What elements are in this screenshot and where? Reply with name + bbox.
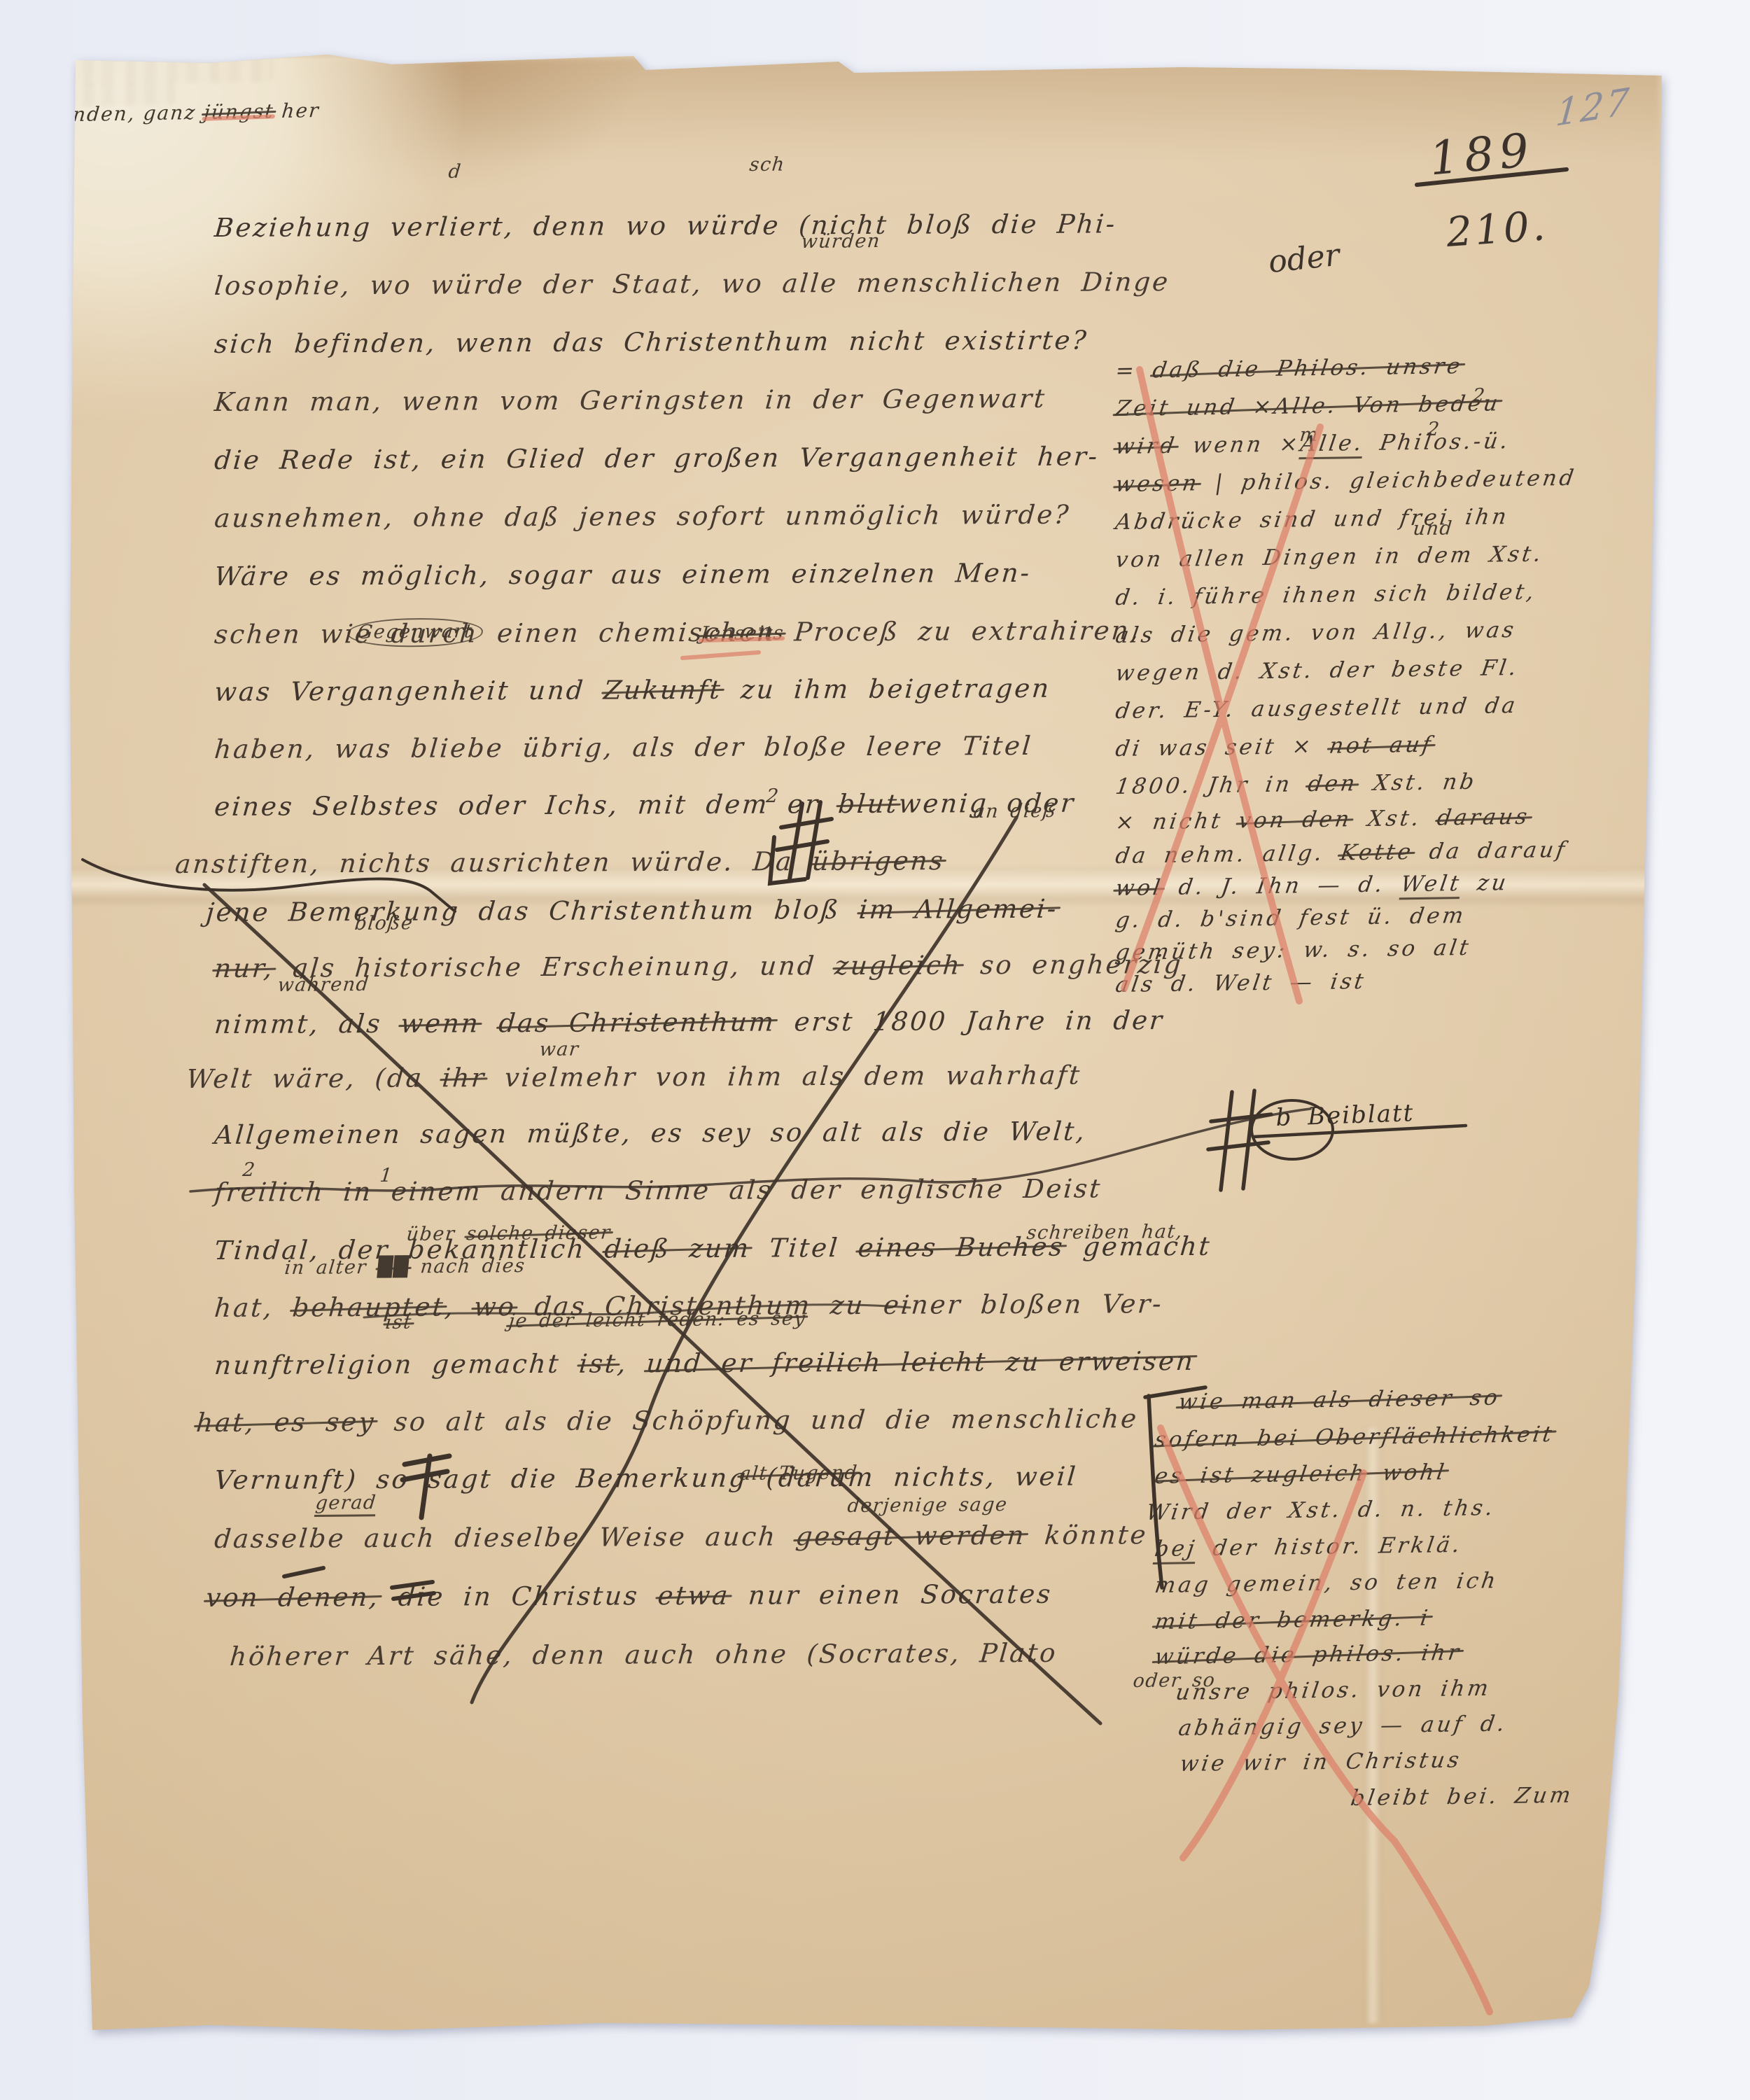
beiblatt-insertion-note: b Beiblatt (1275, 1101, 1415, 1130)
margin-note-line: d. i. führe ihnen sich bildet, (1114, 582, 1539, 609)
verso-ghost-text (0, 25, 316, 59)
margin-note-line: da nehm. allg. Kette da darauf (1114, 839, 1569, 867)
manuscript-line: nunftreligion gemacht ist, und er freili… (213, 1348, 1196, 1380)
paper-sheet: 127 189 210. oder Beziehung verliert, de… (0, 0, 1750, 2100)
interlinear-note: alt Tugend (738, 1464, 858, 1483)
margin-note-line: = daß die Philos. unsre (1114, 356, 1464, 382)
interlinear-note: bloße (353, 913, 414, 933)
interlinear-note: je der leicht reden: es sey (507, 1309, 806, 1331)
margin-note-line: als die gem. von Allg., was (1114, 619, 1518, 647)
margin-note-line: gemüth sey: w. s. so alt (1114, 937, 1473, 964)
interlinear-note: an dieß (972, 801, 1057, 821)
manuscript-line: hat, es sey so alt als die Schöpfung und… (195, 1406, 1140, 1437)
margin-note-line: wol d. J. Ihn — d. Welt zu (1114, 872, 1511, 899)
manuscript-line: die Rede ist, ein Glied der großen Verga… (213, 443, 1100, 474)
margin-note-line: g. d. b'sind fest ü. dem (1114, 905, 1468, 932)
interlinear-note: in alter ██ nach dies (283, 1256, 526, 1277)
manuscript-line: Allgemeinen sagen müßte, es sey so alt a… (213, 1119, 1088, 1149)
marginal-word-oder: oder (1267, 240, 1341, 278)
interlinear-note: würden (800, 232, 881, 251)
margin-note-line: es ist zugleich wohl (1154, 1462, 1448, 1487)
margin-note-line: wegen d. Xst. der beste Fl. (1114, 657, 1520, 685)
interlinear-note: 2 (765, 787, 780, 806)
manuscript-line: was Vergangenheit und Zukunft zu ihm bei… (213, 675, 1052, 706)
paper-sheet-wrap: 127 189 210. oder Beziehung verliert, de… (0, 0, 1750, 2100)
new-page-number: 210. (1445, 205, 1549, 253)
margin-note-line: als d. Welt — ist (1114, 971, 1368, 996)
margin-note-line: würde die philos. ihr (1154, 1642, 1463, 1668)
manuscript-line: Kann man, wenn vom Geringsten in der Geg… (213, 386, 1048, 416)
manuscript-line: losophie, wo würde der Staat, wo alle me… (213, 269, 1171, 300)
red-underline-interlinear (682, 652, 759, 658)
margin-note-line: Wird der Xst. d. n. ths. (1145, 1497, 1497, 1524)
margin-note-line: bej der histor. Erklä. (1154, 1534, 1464, 1560)
manuscript-line: Vernunft) so sagt die Bemerkung (darum n… (213, 1464, 1079, 1494)
manuscript-line: freilich in einem andern Sinne als der e… (213, 1175, 1103, 1206)
old-page-number: 189 (1427, 127, 1536, 183)
scanned-manuscript: 127 189 210. oder Beziehung verliert, de… (0, 0, 1750, 2100)
interlinear-note: sch (748, 155, 786, 174)
manuscript-line: ausnehmen, ohne daß jenes sofort unmögli… (213, 502, 1072, 533)
interlinear-note: 1 (379, 1166, 393, 1185)
margin-note-line: bleibt bei. Zum (1350, 1785, 1575, 1809)
interlinear-note: Gegenwart (346, 622, 483, 642)
margin-note-line: wie man als dieser so (1177, 1387, 1502, 1413)
manuscript-line: nimmt, als wenn das Christenthum erst 18… (213, 1007, 1165, 1039)
interlinear-note: war (538, 1040, 580, 1059)
interlinear-note: gerad (314, 1493, 377, 1513)
manuscript-line: Beziehung verliert, denn wo würde (nicht… (213, 211, 1118, 241)
margin-superscript: 2 (1471, 386, 1486, 405)
margin-note-line: × nicht von den Xst. daraus (1114, 806, 1532, 834)
manuscript-line: eines Selbstes oder Ichs, mit dem er blu… (213, 790, 1077, 821)
verso-ghost-text (0, 0, 301, 31)
margin-note-line: di was seit × not auf (1114, 734, 1435, 760)
interlinear-note: ist (384, 1313, 412, 1332)
interlinear-note: schreiben hat, (1025, 1222, 1184, 1242)
interlinear-note: über solche dieser (405, 1223, 611, 1244)
margin-superscript: und (1412, 519, 1453, 538)
manuscript-line: von denen, die in Christus etwa nur eine… (205, 1581, 1053, 1612)
margin-note-line: Zeit und ×Alle. Von bedeu (1114, 393, 1502, 420)
manuscript-line: haben, was bliebe übrig, als der bloße l… (213, 733, 1034, 764)
margin-note-line: abhängig sey — auf d. (1177, 1713, 1509, 1739)
margin-superscript: 2 (1426, 420, 1441, 439)
manuscript-line: jene Bemerkung das Christenthum bloß im … (205, 896, 1059, 927)
manuscript-line: höherer Art sähe, denn auch ohne (Socrat… (229, 1640, 1058, 1671)
margin-note-line: unsre philos. von ihm (1175, 1678, 1492, 1704)
manuscript-line: dasselbe auch dieselbe Weise auch gesagt… (213, 1522, 1149, 1553)
margin-note-line: der. E-Y. ausgestellt und da (1114, 695, 1520, 722)
manuscript-line: anstiften, nichts ausrichten würde. Da ü… (174, 848, 946, 878)
manuscript-line: Welt wäre, (da ihr vielmehr von ihm als … (185, 1062, 1083, 1093)
verso-ghost-text (0, 54, 273, 87)
margin-note-line: mag gemein, so ten ich (1154, 1570, 1500, 1597)
margin-note-line: wesen | philos. gleichbedeutend (1114, 468, 1578, 496)
margin-note-line: wie wir in Christus (1179, 1749, 1463, 1775)
margin-note-line: 1800. Jhr in den Xst. nb (1114, 771, 1478, 798)
margin-note-line: von allen Dingen in dem Xst. (1114, 543, 1545, 571)
interlinear-note: Jenseits (699, 624, 785, 643)
margin-note-line: sofern bei Oberflächlichkeit (1154, 1424, 1556, 1451)
interlinear-note: derjenige sage (846, 1495, 1008, 1515)
margin-note-line: mit der bemerkg. i (1154, 1608, 1432, 1633)
interlinear-note: während (276, 975, 370, 995)
margin-superscript: m (1298, 426, 1319, 444)
interlinear-note: 2 (241, 1161, 256, 1179)
manuscript-line: Wäre es möglich, sogar aus einem einzeln… (213, 560, 1032, 591)
interlinear-note: d (447, 162, 462, 181)
manuscript-line: sich befinden, wenn das Christenthum nic… (213, 328, 1089, 358)
